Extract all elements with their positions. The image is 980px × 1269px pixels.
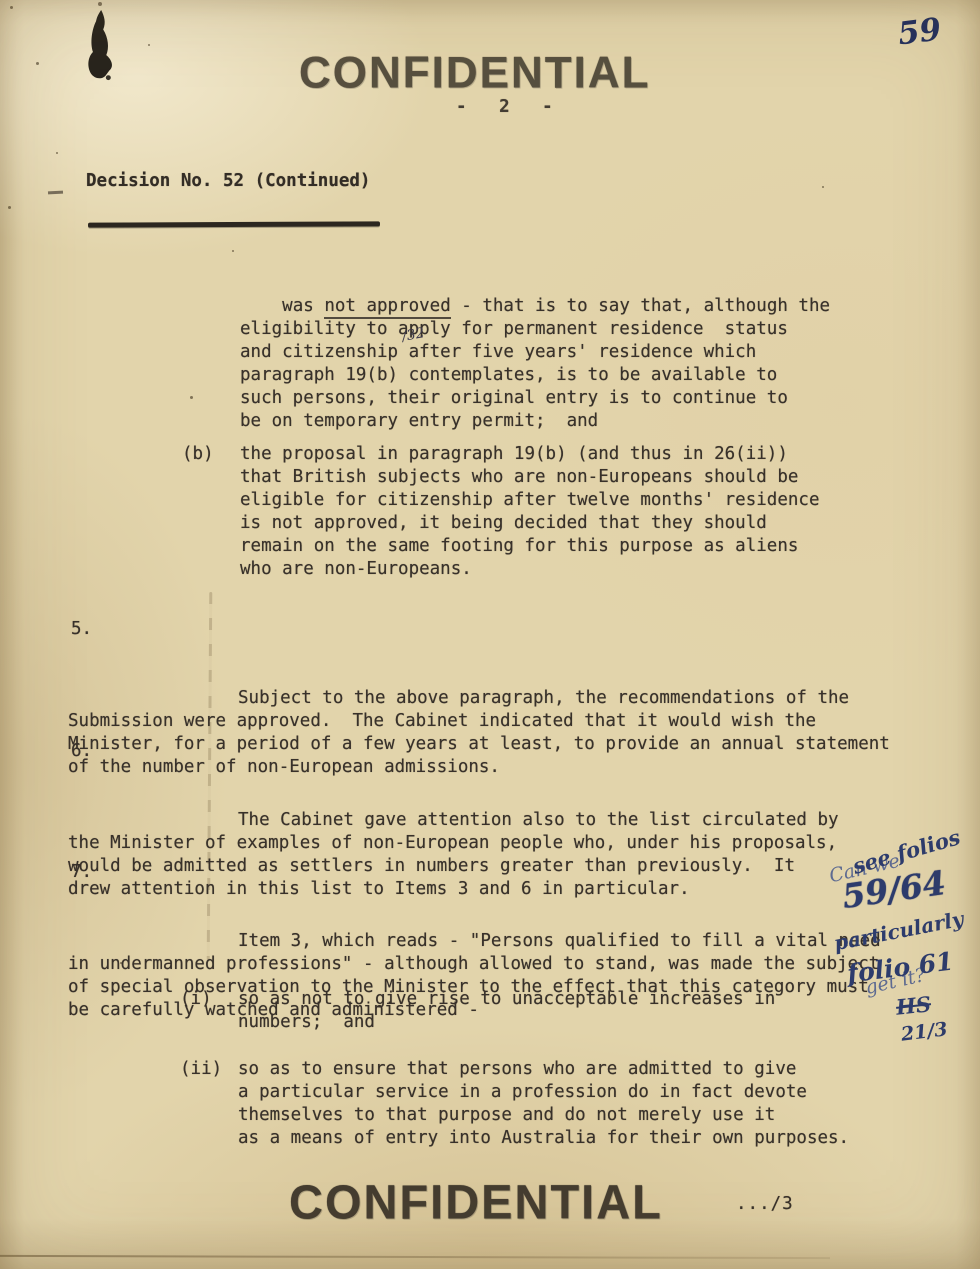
heading-underline-rule xyxy=(88,221,380,227)
decision-heading: Decision No. 52 (Continued) xyxy=(86,170,370,193)
paragraph-7: 7. Item 3, which reads - "Persons qualif… xyxy=(68,861,948,1068)
list-item-i-body: so as not to give rise to unacceptable i… xyxy=(238,988,880,1034)
paper-speck xyxy=(148,44,150,46)
margin-dash xyxy=(48,191,63,195)
paper-speck xyxy=(98,2,102,6)
confidential-stamp-bottom: CONFIDENTIAL xyxy=(289,1173,663,1229)
paper-speck xyxy=(822,186,824,188)
paragraph-b-body: the proposal in paragraph 19(b) (and thu… xyxy=(240,443,842,581)
paragraph-5-number: 5. xyxy=(71,618,92,641)
list-item-i-label: (i) xyxy=(180,988,238,1034)
paragraph-7-number: 7. xyxy=(71,861,92,884)
ink-blot xyxy=(72,10,118,92)
paragraph-6-number: 6. xyxy=(71,740,92,763)
folio-number: 59 xyxy=(896,12,943,53)
paper-crease-bottom xyxy=(0,1255,830,1259)
paper-speck xyxy=(232,250,234,252)
list-item-i: (i) so as not to give rise to unacceptab… xyxy=(180,988,880,1034)
paragraph-b-label: (b) xyxy=(182,443,240,581)
paper-speck xyxy=(10,6,13,9)
confidential-stamp-top: CONFIDENTIAL xyxy=(299,48,651,99)
paper-speck xyxy=(36,62,39,65)
margin-note-initials: HS xyxy=(895,991,932,1020)
paper-speck xyxy=(190,396,193,399)
paragraph-a-lead: was xyxy=(282,296,324,316)
paragraph-a-underlined-phrase: not approved xyxy=(324,296,450,319)
list-item-ii-label: (ii) xyxy=(180,1058,238,1150)
list-item-ii-body: so as to ensure that persons who are adm… xyxy=(238,1058,880,1150)
page-number: - 2 - xyxy=(456,96,564,119)
paragraph-b: (b) the proposal in paragraph 19(b) (and… xyxy=(182,443,842,581)
paragraph-a-continuation: was not approved - that is to say that, … xyxy=(240,272,840,456)
list-item-ii: (ii) so as to ensure that persons who ar… xyxy=(180,1058,880,1150)
paper-speck xyxy=(56,152,58,154)
scanned-document-page: 59 CONFIDENTIAL - 2 - Decision No. 52 (C… xyxy=(0,0,980,1269)
next-page-reference: .../3 xyxy=(736,1193,794,1216)
paper-speck xyxy=(8,206,11,209)
